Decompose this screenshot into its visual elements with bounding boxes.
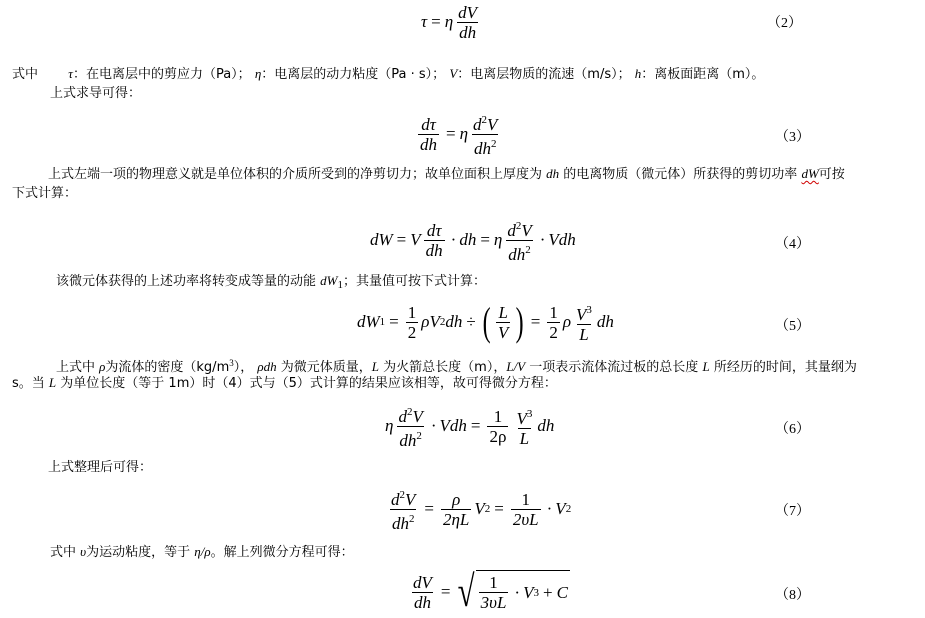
dw-symbol: dW xyxy=(370,230,393,250)
fraction: d2V dh2 xyxy=(505,217,533,264)
equation-number-3: （3） xyxy=(775,126,810,146)
paragraph-kinetic-energy: 该微元体获得的上述功率将转变成等量的动能 dW1；其量值可按下式计算： xyxy=(56,273,486,293)
equals-sign: = xyxy=(471,416,481,436)
denominator: 3υL xyxy=(479,592,509,612)
fraction: 1 2υL xyxy=(511,490,541,529)
dw-symbol: dW xyxy=(320,273,337,288)
text-run: 为火箭总长度（m）， xyxy=(383,360,506,375)
equals-sign: = xyxy=(531,312,541,332)
equals-sign: = xyxy=(441,582,451,602)
variable-definitions: 式中 τ：在电离层中的剪应力（Pa）； η：电离层的动力粘度（Pa · s）； … xyxy=(12,66,764,83)
fraction: V3 L xyxy=(574,301,594,344)
dh: dh xyxy=(508,245,525,264)
numerator: dτ xyxy=(425,221,444,240)
equals-sign: = xyxy=(446,124,456,144)
equals-sign: = xyxy=(494,499,504,519)
eta-symbol: η xyxy=(385,416,393,436)
d: d xyxy=(391,490,400,509)
denominator: 2ηL xyxy=(441,509,471,529)
exponent: 2 xyxy=(525,244,531,256)
denominator: dh xyxy=(412,592,433,612)
dh-symbol: dh xyxy=(264,359,277,374)
equation-4: dW = V dτ dh · dh = η d2V dh2 · Vdh xyxy=(370,218,576,262)
d: d xyxy=(398,407,407,426)
equation-number-2: （2） xyxy=(767,12,802,32)
l-symbol: L xyxy=(702,359,709,374)
fraction-l-over-v: L V xyxy=(496,303,510,342)
denominator: dh2 xyxy=(506,240,533,264)
numerator: ρ xyxy=(450,490,462,509)
text-run: ；其量值可按下式计算： xyxy=(343,274,486,289)
text-run: 一项表示流体流过板的总长度 xyxy=(529,360,698,375)
d: d xyxy=(473,115,482,134)
paragraph-variables-2: 上式中 ρ为流体的密度（kg/m3）， ρdh 为微元体质量，L 为火箭总长度（… xyxy=(56,355,857,376)
denominator: 2υL xyxy=(511,509,541,529)
numerator: dV xyxy=(456,3,479,22)
radicand: 1 3υL · V3 + C xyxy=(476,570,570,614)
fraction: ρ 2ηL xyxy=(441,490,471,529)
vdh-term: Vdh xyxy=(548,230,575,250)
l-symbol: L xyxy=(372,359,379,374)
denominator: dh2 xyxy=(397,426,424,450)
text-run: s。当 xyxy=(12,376,45,391)
equation-number-6: （6） xyxy=(775,418,810,438)
vdh-term: Vdh xyxy=(440,416,467,436)
equation-number-8: （8） xyxy=(775,584,810,604)
eta-over-rho-symbol: η/ρ xyxy=(194,544,210,559)
exponent: 2 xyxy=(566,503,572,515)
fraction: d2V dh2 xyxy=(396,403,424,450)
text-run: 。解上列微分方程可得： xyxy=(211,545,354,560)
denominator: L xyxy=(577,324,590,344)
paragraph-physical-meaning: 上式左端一项的物理意义就是单位体积的介质所受到的净剪切力；故单位面积上厚度为 d… xyxy=(48,166,845,183)
equation-2: τ = η dV dh xyxy=(421,0,482,44)
equation-7: d2V dh2 = ρ 2ηL V2 = 1 2υL · V2 xyxy=(386,484,571,534)
paragraph-derivative-intro: 上式求导可得： xyxy=(50,86,141,102)
eta-symbol: η xyxy=(445,12,453,32)
exponent: 3 xyxy=(527,408,533,420)
text-run: 该微元体获得的上述功率将转变成等量的动能 xyxy=(56,274,316,289)
fraction: dτ dh xyxy=(424,221,445,260)
denominator: dh xyxy=(457,22,478,42)
dh: dh xyxy=(392,514,409,533)
dh: dh xyxy=(474,139,491,158)
equation-5: dW1 = 1 2 ρ V2 dh ÷ ( L V ) = 1 2 ρ V3 L… xyxy=(357,296,614,348)
exponent: 2 xyxy=(485,503,491,515)
dw-symbol: dW xyxy=(357,312,380,332)
fraction: V3 L xyxy=(514,405,534,448)
eta-symbol: η xyxy=(460,124,468,144)
text-run: 可按 xyxy=(819,167,845,182)
exponent: 2 xyxy=(409,513,415,525)
dot-operator: · xyxy=(451,230,457,250)
dh-symbol: dh xyxy=(597,312,614,332)
text-run: 为运动粘度，等于 xyxy=(86,545,190,560)
dot-operator: · xyxy=(540,230,546,250)
v: V xyxy=(487,115,497,134)
fraction: dV dh xyxy=(411,573,434,612)
v: V xyxy=(521,221,531,240)
v-symbol: V xyxy=(523,583,533,603)
dh-symbol: dh xyxy=(459,230,476,250)
denominator: dh2 xyxy=(390,509,417,533)
dh-symbol: dh xyxy=(546,166,559,181)
fraction: d2V dh2 xyxy=(389,486,417,533)
fraction-lhs: dτ dh xyxy=(418,115,439,154)
exponent: 3 xyxy=(533,587,539,599)
numerator: d2V xyxy=(505,217,533,240)
denominator: 2 xyxy=(547,322,560,342)
equation-8: dV dh = √ 1 3υL · V3 + C xyxy=(408,567,570,617)
fraction-rhs: d2V dh2 xyxy=(471,111,499,158)
text-run: 为单位长度（等于 1m）时（4）式与（5）式计算的结果应该相等，故可得微分方程： xyxy=(60,376,557,391)
fraction: 1 3υL xyxy=(479,573,509,612)
numerator: d2V xyxy=(471,111,499,134)
l-symbol: L xyxy=(49,375,56,390)
fraction-half: 1 2 xyxy=(547,303,560,342)
dh: dh xyxy=(399,431,416,450)
text-run: 上式左端一项的物理意义就是单位体积的介质所受到的净剪切力；故单位面积上厚度为 xyxy=(48,167,542,182)
dh-symbol: dh xyxy=(445,312,462,332)
dot-operator: · xyxy=(547,499,553,519)
equals-sign: = xyxy=(480,230,490,250)
paragraph-variables-2-continued: s。当 L 为单位长度（等于 1m）时（4）式与（5）式计算的结果应该相等，故可… xyxy=(12,375,557,392)
dh-symbol: dh xyxy=(537,416,554,436)
equals-sign: = xyxy=(397,230,407,250)
text-run: ：在电离层中的剪应力（Pa）； xyxy=(73,67,251,82)
text-run: ：离板面距离（m）。 xyxy=(641,67,764,82)
equation-number-5: （5） xyxy=(775,315,810,335)
numerator: V3 xyxy=(574,301,594,324)
v-symbol: V xyxy=(555,499,565,519)
exponent: 2 xyxy=(491,138,497,150)
constant-c: C xyxy=(557,583,568,603)
dw-symbol: dW xyxy=(801,166,818,181)
v: V xyxy=(412,407,422,426)
numerator: dV xyxy=(411,573,434,592)
numerator: d2V xyxy=(396,403,424,426)
paragraph-continuation: 下式计算： xyxy=(12,186,77,202)
numerator: V3 xyxy=(514,405,534,428)
denominator: 2 xyxy=(406,322,419,342)
rho-symbol: ρ xyxy=(421,312,429,332)
v: V xyxy=(576,305,586,324)
fraction-half: 1 2 xyxy=(406,303,419,342)
equals-sign: = xyxy=(424,499,434,519)
plus-sign: + xyxy=(543,583,553,603)
v-symbol: V xyxy=(429,312,439,332)
numerator: 1 xyxy=(492,407,505,426)
right-paren: ) xyxy=(516,302,524,342)
equation-number-7: （7） xyxy=(775,500,810,520)
denominator: dh2 xyxy=(472,134,499,158)
denominator: dh xyxy=(424,240,445,260)
equation-number-4: （4） xyxy=(775,233,810,253)
v: V xyxy=(405,490,415,509)
numerator: dτ xyxy=(419,115,438,134)
numerator: L xyxy=(496,303,509,322)
eta-symbol: η xyxy=(494,230,502,250)
text-run: ）， xyxy=(234,360,254,375)
text-run: 为微元体质量， xyxy=(281,360,372,375)
numerator: 1 xyxy=(487,573,500,592)
subscript: 1 xyxy=(380,316,386,328)
equals-sign: = xyxy=(431,12,441,32)
divide-sign: ÷ xyxy=(466,312,475,332)
v-symbol: V xyxy=(410,230,420,250)
exponent: 3 xyxy=(586,304,592,316)
radical-sign: √ xyxy=(458,570,475,614)
text-run: 式中 xyxy=(50,545,76,560)
paragraph-simplify: 上式整理后可得： xyxy=(48,460,152,476)
text-run: 所经历的时间，其量纲为 xyxy=(714,360,857,375)
l-over-v-symbol: L/V xyxy=(506,359,525,374)
fraction: dV dh xyxy=(456,3,479,42)
numerator: d2V xyxy=(389,486,417,509)
text-run: 的电离物质（微元体）所获得的剪切功率 xyxy=(563,167,797,182)
numerator: 1 xyxy=(547,303,560,322)
numerator: 1 xyxy=(406,303,419,322)
fraction: 1 2ρ xyxy=(487,407,508,446)
rho-symbol: ρ xyxy=(563,312,571,332)
denominator: dh xyxy=(418,134,439,154)
left-paren: ( xyxy=(482,302,490,342)
text-run: 为流体的密度（kg/m xyxy=(105,360,229,375)
square-root: √ 1 3υL · V3 + C xyxy=(454,570,569,614)
label-prefix: 式中 xyxy=(12,67,38,82)
equals-sign: = xyxy=(389,312,399,332)
v: V xyxy=(516,409,526,428)
tau-symbol: τ xyxy=(421,12,427,32)
text-run: 上式中 xyxy=(56,360,95,375)
numerator: 1 xyxy=(519,490,532,509)
equation-6: η d2V dh2 · Vdh = 1 2ρ V3 L dh xyxy=(385,401,554,451)
dot-operator: · xyxy=(514,583,520,603)
text-run: ：电离层物质的流速（m/s）； xyxy=(457,67,630,82)
dot-operator: · xyxy=(431,416,437,436)
exponent: 2 xyxy=(416,430,422,442)
text-run: ：电离层的动力粘度（Pa · s）； xyxy=(261,67,445,82)
denominator: V xyxy=(496,322,510,342)
paragraph-kinematic-viscosity: 式中 υ为运动粘度，等于 η/ρ。解上列微分方程可得： xyxy=(50,544,354,561)
d: d xyxy=(507,221,516,240)
equation-3: dτ dh = η d2V dh2 xyxy=(415,112,502,156)
denominator: L xyxy=(518,428,531,448)
v-symbol: V xyxy=(474,499,484,519)
denominator: 2ρ xyxy=(487,426,508,446)
